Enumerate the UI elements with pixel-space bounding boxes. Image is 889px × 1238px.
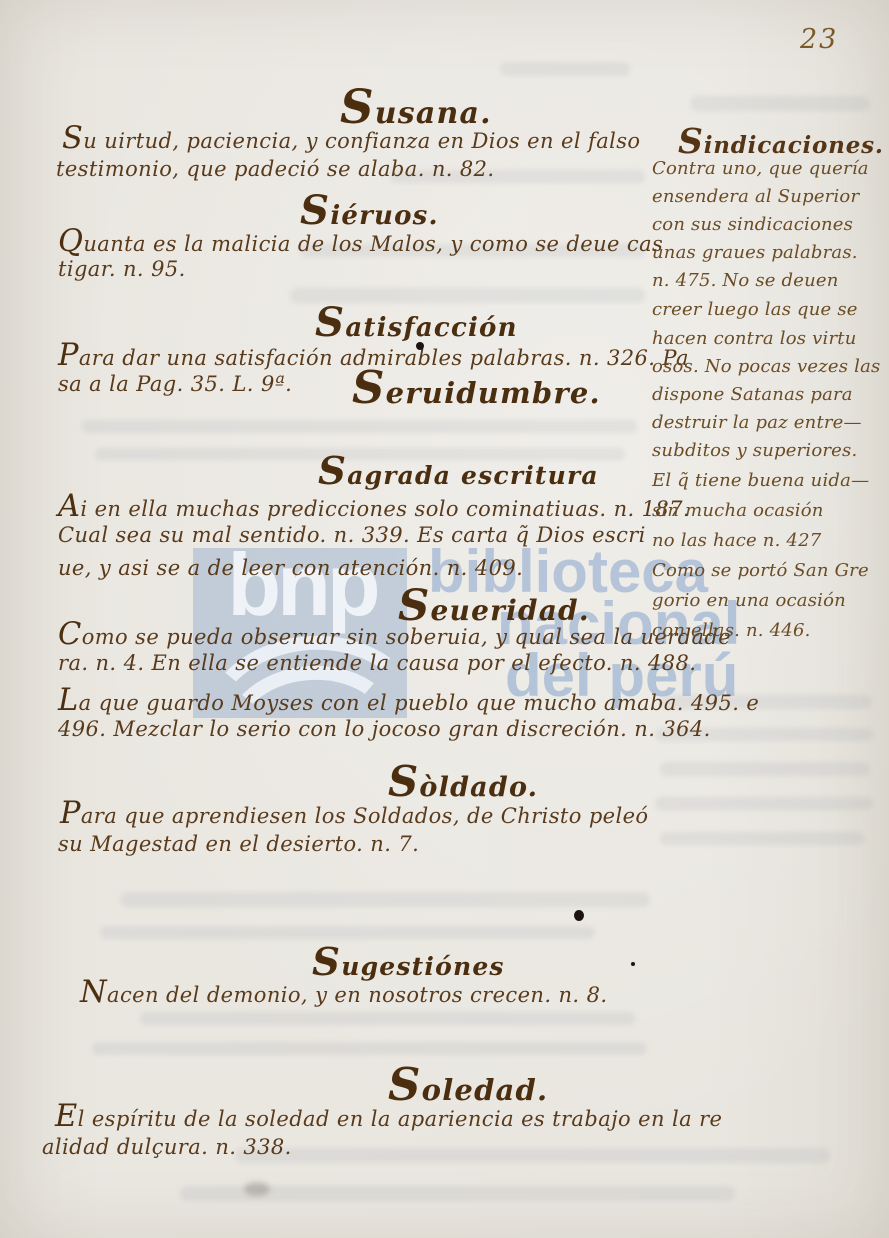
ink-dot [416, 342, 424, 350]
margin-note-line: dispone Satanas para [652, 386, 853, 404]
margin-heading-sindicaciones: Sindicaciones. [678, 122, 884, 162]
manuscript-page: 23 bnp biblioteca nacional del perú Susa… [0, 0, 889, 1238]
bleedthrough-line [82, 420, 637, 433]
manuscript-line: su Magestad en el desierto. n. 7. [58, 834, 419, 855]
bleedthrough-line [655, 797, 873, 810]
section-heading-siervos: Siéruos. [300, 190, 439, 230]
bleedthrough-line [235, 1148, 830, 1163]
margin-note-line: ensendera al Superior [652, 188, 859, 206]
page-number: 23 [800, 24, 838, 55]
ink-dot [574, 910, 584, 921]
margin-note-line: con sus sindicaciones [652, 216, 853, 234]
section-heading-sagrada-escritura: Sagrada escritura [318, 453, 599, 492]
section-heading-soldado: Sòldado. [388, 761, 538, 803]
manuscript-line: Como se pueda obseruar sin soberuia, y q… [58, 620, 731, 650]
margin-note-line: unas graues palabras. [652, 244, 858, 262]
manuscript-line: 496. Mezclar lo serio con lo jocoso gran… [58, 719, 711, 740]
margin-note-line: no las hace n. 427 [652, 532, 821, 550]
manuscript-line: Ai en ella muchas predicciones solo comi… [58, 492, 690, 522]
manuscript-line: tigar. n. 95. [58, 259, 186, 280]
manuscript-line: Nacen del demonio, y en nosotros crecen.… [80, 978, 607, 1008]
manuscript-line: Cual sea su mal sentido. n. 339. Es cart… [58, 525, 646, 546]
manuscript-line: testimonio, que padeció se alaba. n. 82. [56, 159, 495, 180]
margin-note-line: con ellas. n. 446. [652, 622, 811, 640]
margin-note-line: hacen contra los virtu [652, 330, 856, 348]
bleedthrough-line [690, 96, 870, 111]
section-heading-satisfaccion: Satisfacción [315, 302, 518, 342]
margin-note-line: osos. No pocas vezes las [652, 358, 880, 376]
margin-note-line: creer luego las que se [652, 301, 858, 319]
manuscript-line: Su uirtud, paciencia, y confianza en Dio… [62, 124, 640, 154]
bleedthrough-line [660, 762, 870, 776]
margin-note-line: gorio en una ocasión [652, 592, 846, 610]
ink-smudge [244, 1182, 270, 1196]
bleedthrough-line [100, 926, 595, 939]
ink-dot [631, 962, 635, 966]
manuscript-line: ra. n. 4. En ella se entiende la causa p… [58, 653, 696, 674]
bleedthrough-line [660, 832, 865, 845]
margin-note-line: Contra uno, que quería [652, 160, 869, 178]
manuscript-line: sa a la Pag. 35. L. 9ª. [58, 374, 292, 395]
bleedthrough-line [120, 892, 650, 907]
manuscript-line: El espíritu de la soledad en la aparienc… [55, 1102, 722, 1132]
margin-note-line: destruir la paz entre— [652, 414, 862, 432]
manuscript-line: alidad dulçura. n. 338. [42, 1137, 292, 1158]
manuscript-line: ue, y asi se a de leer con atención. n. … [58, 558, 523, 579]
section-heading-servidumbre: Seruidumbre. [352, 366, 601, 411]
bleedthrough-line [92, 1042, 647, 1055]
section-heading-sugestiones: Sugestiónes [312, 944, 505, 983]
manuscript-line: Para que aprendiesen los Soldados, de Ch… [60, 799, 648, 829]
bleedthrough-line [140, 1012, 635, 1025]
margin-note-line: sin mucha ocasión [652, 502, 824, 520]
margin-note-line: Como se portó San Gre [652, 562, 869, 580]
margin-note-line: subditos y superiores. [652, 442, 857, 460]
manuscript-line: Quanta es la malicia de los Malos, y com… [58, 227, 663, 257]
margin-note-line: n. 475. No se deuen [652, 272, 839, 290]
manuscript-line: La que guardo Moyses con el pueblo que m… [58, 686, 759, 716]
margin-note-line: El q̃ tiene buena uida— [652, 472, 869, 490]
bleedthrough-line [500, 62, 630, 76]
